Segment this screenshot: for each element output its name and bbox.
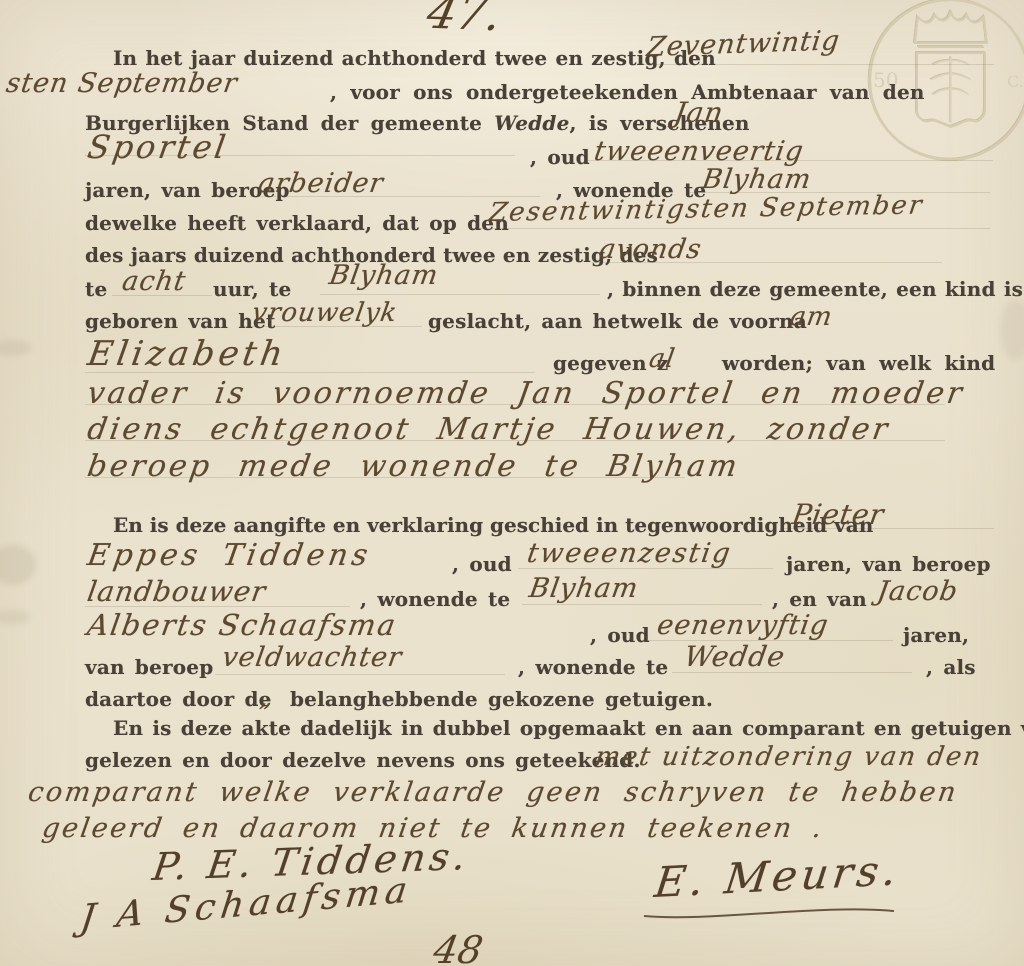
next-act-number: 48 [430,928,486,966]
ink-bleed-artifact [0,340,32,356]
closing-exception-entry: met uitzondering van den [593,742,985,772]
printed-text: worden; van welk kind [722,351,995,375]
child-gender-entry: vrouwelyk [250,298,400,328]
blank-rule-line [320,294,600,295]
printed-text: En is deze akte dadelijk in dubbel opgem… [113,716,1024,740]
witness1-occupation-entry: landbouwer [85,575,269,608]
printed-text: , voor ons ondergeteekenden Ambtenaar va… [330,80,925,104]
declarant-surname-entry: Sportel [85,128,231,166]
birth-date-entry: Zesentwintigsten September [487,190,925,228]
witness1-surname-entry: Eppes Tiddens [85,538,374,573]
printed-text: dewelke heeft verklaard, dat op den [85,211,509,235]
handwritten-day-entry: Zeventwintig [645,25,842,63]
birth-daypart-entry: avonds [597,234,704,265]
ink-bleed-artifact [0,545,36,585]
printed-text: geboren van het [85,309,275,333]
mother-name-entry: diens echtgenoot Martje Houwen, zonder [85,412,893,447]
declarant-first-name-entry: Jan [672,96,726,129]
act-number: 47. [422,0,507,41]
blank-rule-line [215,674,505,675]
birth-place-entry: Blyham [327,260,441,291]
witness1-age-entry: tweeenzestig [525,538,734,569]
declarant-occupation-entry: arbeider [256,168,386,199]
declarant-residence-entry: Blyham [700,164,814,195]
blank-rule-line [522,604,762,605]
printed-text: belanghebbende gekozene getuigen. [290,687,713,711]
printed-text: te [85,277,107,301]
printed-text: En is deze aangifte en verklaring geschi… [113,513,873,537]
ink-bleed-artifact [1000,300,1024,360]
witness2-first-name-entry: Jacob [875,576,961,607]
signature-registrar: E. Meurs. [652,845,903,907]
printed-text: , als [926,655,976,679]
handwritten-word-entry: al [647,344,678,374]
printed-text: van beroep [85,655,213,679]
printed-text: gelezen en door dezelve nevens ons getee… [85,748,641,772]
printed-text: daartoe door de [85,687,272,711]
witness2-surname-entry: Alberts Schaafsma [85,608,400,642]
printed-text: geslacht, aan hetwelk de voorna [428,309,807,333]
witness2-residence-entry: Wedde [682,640,788,673]
witness2-age-entry: eenenvyftig [655,610,831,641]
birth-certificate-document: 50 C. 47. In het jaar duizend achthonder… [0,0,1024,966]
father-declaration-entry: vader is voornoemde Jan Sportel en moede… [85,376,967,411]
child-name-entry: Elizabeth [85,334,290,374]
crown-icon [915,11,987,47]
printed-text: In het jaar duizend achthonderd twee en … [113,46,716,70]
witness1-first-name-entry: Pieter [790,498,887,531]
declarant-age-entry: tweeenveertig [592,136,806,167]
printed-text: , oud [590,623,650,647]
signature-underline-flourish [640,902,900,924]
printed-text: , binnen deze gemeente, een kind is [607,277,1023,301]
birth-hour-entry: acht [120,266,188,297]
ink-bleed-artifact [0,610,30,624]
municipality-name: Wedde [494,111,569,135]
handwritten-month-entry: sten September [4,68,240,99]
blank-rule-line [480,228,990,229]
witness1-residence-entry: Blyham [527,573,641,604]
handwritten-suffix-entry: am [788,302,835,332]
closing-exception-entry: comparant welke verklaarde geen schryven… [26,777,960,808]
printed-text: , oud [530,145,590,169]
seal-denomination-right: C. [1007,72,1024,91]
handwritten-ditto-mark: „ [258,684,276,712]
shield-ornament [931,57,971,123]
mother-residence-entry: beroep mede wonende te Blyham [85,449,742,484]
printed-text: , oud [452,552,512,576]
printed-text: jaren, van beroep [786,552,991,576]
printed-text: jaren, [903,623,969,647]
printed-text: , wonende te [518,655,668,679]
printed-text: , en van [772,587,867,611]
witness2-occupation-entry: veldwachter [220,642,405,673]
